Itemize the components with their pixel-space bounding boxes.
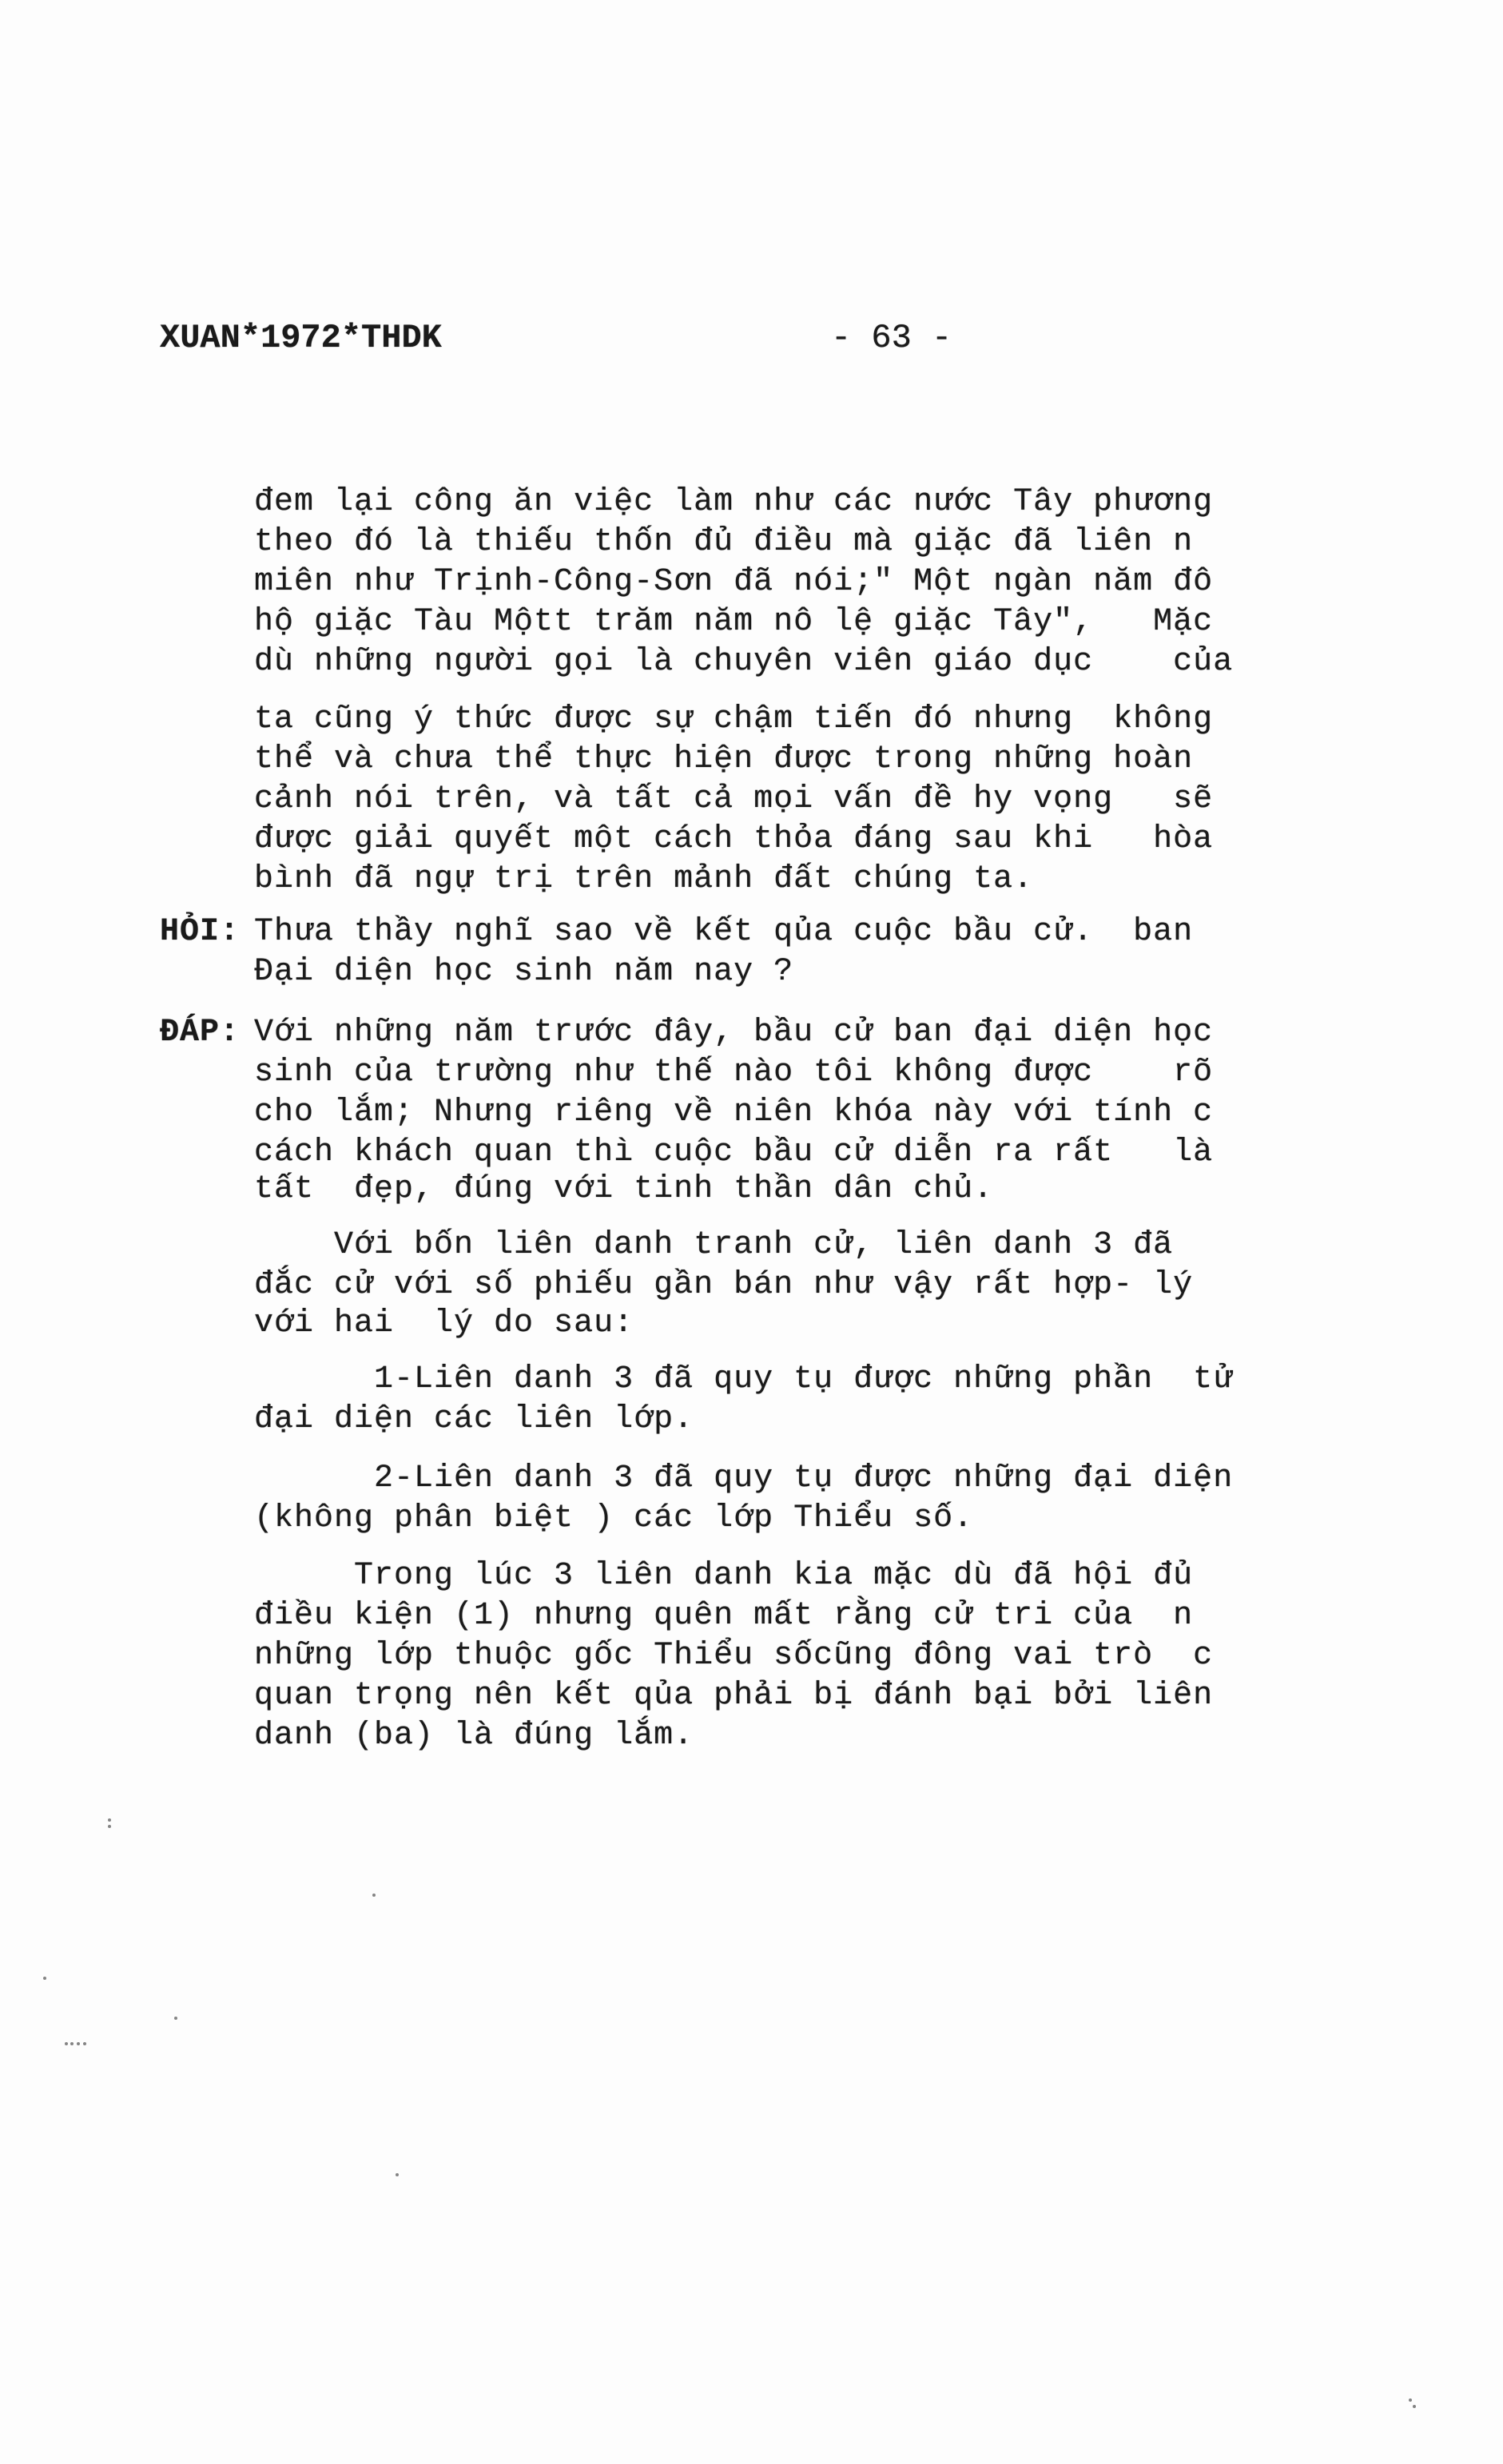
- text-line: (không phân biệt ) các lớp Thiểu số.: [254, 1499, 973, 1539]
- scan-speck: [108, 1825, 111, 1828]
- scan-speck: [1409, 2398, 1412, 2402]
- text-line: Đại diện học sinh năm nay ?: [254, 952, 793, 992]
- answer-label: ĐÁP:: [160, 1013, 240, 1053]
- question-label: HỎI:: [160, 912, 240, 952]
- scan-speck: [70, 2042, 74, 2045]
- running-title: XUAN*1972*THDK: [160, 318, 442, 358]
- scan-speck: [174, 2017, 177, 2020]
- scan-speck: [396, 2173, 399, 2176]
- text-line: danh (ba) là đúng lắm.: [254, 1716, 694, 1756]
- text-line: Với bốn liên danh tranh cử, liên danh 3 …: [254, 1226, 1173, 1266]
- text-line: quan trọng nên kết qủa phải bị đánh bại …: [254, 1676, 1213, 1716]
- scan-speck: [108, 1818, 111, 1822]
- text-line: thể và chưa thể thực hiện được trong nhữ…: [254, 740, 1193, 780]
- text-line: bình đã ngự trị trên mảnh đất chúng ta.: [254, 860, 1033, 900]
- text-line: cách khách quan thì cuộc bầu cử diễn ra …: [254, 1133, 1213, 1173]
- text-line: miên như Trịnh-Công-Sơn đã nói;" Một ngà…: [254, 562, 1213, 602]
- text-line: Với những năm trước đây, bầu cử ban đại …: [254, 1013, 1213, 1053]
- text-line: điều kiện (1) nhưng quên mất rằng cử tri…: [254, 1596, 1193, 1636]
- text-line: đem lại công ăn việc làm như các nước Tâ…: [254, 483, 1213, 523]
- text-line: đắc cử với số phiếu gần bán như vậy rất …: [254, 1266, 1193, 1306]
- text-line: cho lắm; Nhưng riêng về niên khóa này vớ…: [254, 1093, 1213, 1133]
- scan-speck: [1413, 2405, 1416, 2408]
- text-line: được giải quyết một cách thỏa đáng sau k…: [254, 820, 1213, 860]
- page-number: - 63 -: [831, 318, 952, 358]
- scan-speck: [77, 2042, 80, 2045]
- scan-speck: [43, 1977, 46, 1980]
- text-line: tất đẹp, đúng với tinh thần dân chủ.: [254, 1170, 993, 1210]
- text-line: cảnh nói trên, và tất cả mọi vấn đề hy v…: [254, 780, 1213, 820]
- text-line: dù những người gọi là chuyên viên giáo d…: [254, 642, 1233, 682]
- text-line: hộ giặc Tàu Mộtt trăm năm nô lệ giặc Tây…: [254, 602, 1213, 642]
- text-line: những lớp thuộc gốc Thiểu sốcũng đông va…: [254, 1636, 1213, 1676]
- text-line: ta cũng ý thức được sự chậm tiến đó nhưn…: [254, 700, 1213, 740]
- text-line: đại diện các liên lớp.: [254, 1400, 694, 1440]
- typewritten-page: XUAN*1972*THDK - 63 - đem lại công ăn vi…: [0, 0, 1503, 2464]
- text-line: với hai lý do sau:: [254, 1304, 634, 1344]
- scan-speck: [65, 2042, 68, 2045]
- scan-speck: [372, 1894, 376, 1897]
- text-line: 2-Liên danh 3 đã quy tụ được những đại d…: [254, 1459, 1233, 1499]
- scan-speck: [83, 2042, 86, 2045]
- text-line: Trong lúc 3 liên danh kia mặc dù đã hội …: [254, 1556, 1193, 1596]
- text-line: 1-Liên danh 3 đã quy tụ được những phần …: [254, 1360, 1233, 1400]
- text-line: sinh của trường như thế nào tôi không đư…: [254, 1053, 1213, 1093]
- text-line: Thưa thầy nghĩ sao về kết qủa cuộc bầu c…: [254, 912, 1193, 952]
- text-line: theo đó là thiếu thốn đủ điều mà giặc đã…: [254, 523, 1193, 562]
